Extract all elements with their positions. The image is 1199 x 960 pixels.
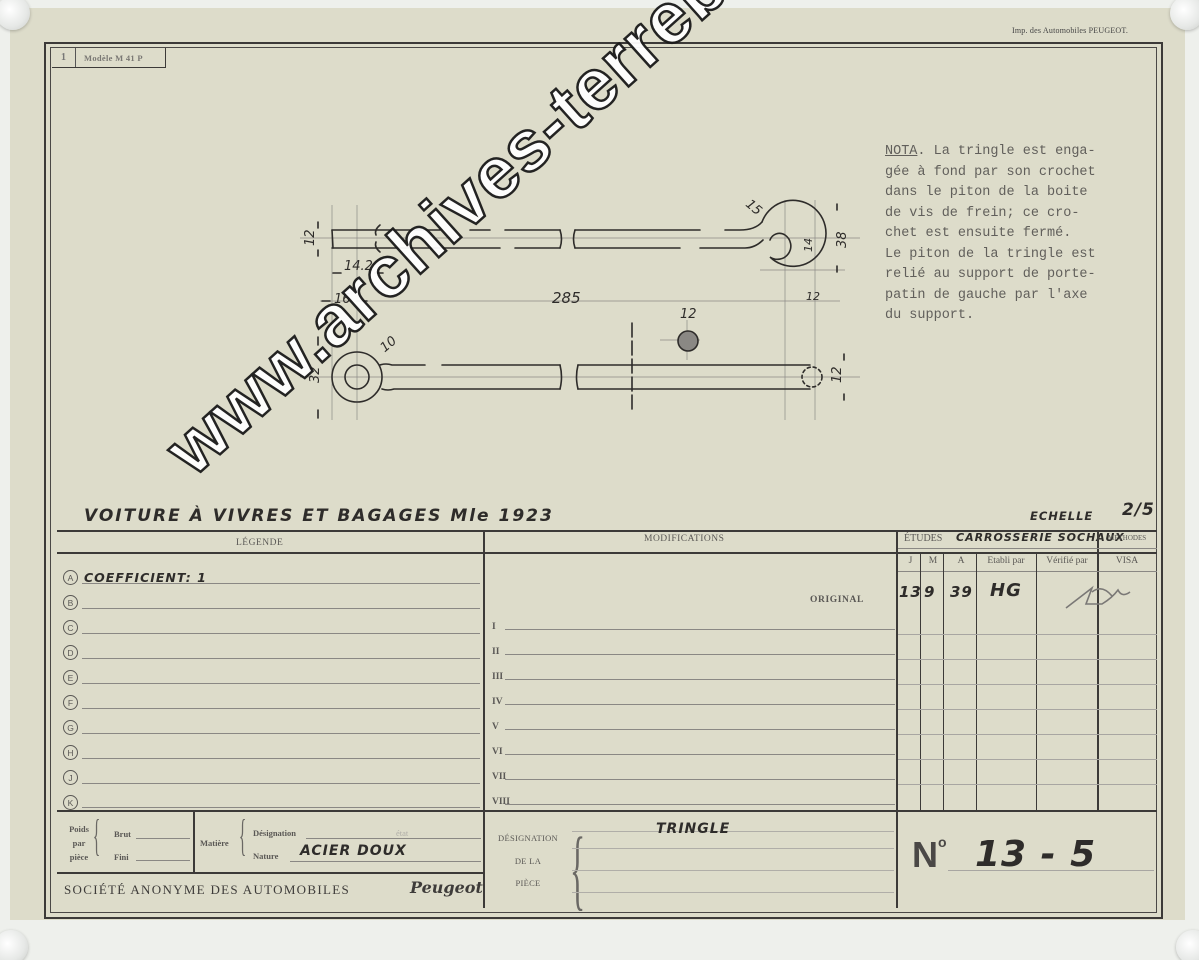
rule-line bbox=[572, 892, 894, 893]
visa-signature-icon bbox=[1062, 578, 1142, 614]
legende-row: B bbox=[63, 590, 481, 615]
rule-line bbox=[505, 704, 895, 705]
department: CARROSSERIE SOCHAUX bbox=[956, 531, 1125, 544]
column-a: A bbox=[948, 556, 974, 566]
model-box: 1 Modèle M 41 P bbox=[52, 48, 166, 68]
designation-label: DE LA bbox=[490, 856, 566, 866]
model-label: Modèle M 41 P bbox=[76, 53, 143, 63]
nota-line: dans le piton de la boite bbox=[885, 183, 1175, 204]
rule-line bbox=[572, 870, 894, 871]
legende-row: ACOEFFICIENT: 1 bbox=[63, 565, 481, 590]
company-name: SOCIÉTÉ ANONYME DES AUTOMOBILES bbox=[64, 882, 350, 898]
divider bbox=[193, 810, 195, 872]
brace: { bbox=[239, 810, 246, 861]
entry-etabli-initials: HG bbox=[990, 580, 1022, 601]
number-n: N bbox=[912, 834, 938, 875]
rule-line bbox=[82, 658, 480, 659]
background-board bbox=[0, 920, 1199, 960]
rule-line bbox=[82, 583, 480, 584]
piece-designation: TRINGLE bbox=[656, 821, 730, 837]
column-etabli: Etabli par bbox=[978, 556, 1034, 566]
etudes-label: ÉTUDES bbox=[904, 533, 942, 544]
rule-line bbox=[898, 659, 1157, 660]
rule-line bbox=[898, 759, 1157, 760]
piece-number: 13 - 5 bbox=[975, 834, 1096, 875]
poids-line: pièce bbox=[62, 850, 96, 864]
printer-imprint: Imp. des Automobiles PEUGEOT. bbox=[1012, 26, 1128, 35]
nota-line: NOTA. La tringle est enga- bbox=[885, 142, 1175, 163]
modification-row: VII bbox=[492, 772, 896, 797]
nota-line: patin de gauche par l'axe bbox=[885, 286, 1175, 307]
legend-letter: F bbox=[63, 695, 78, 710]
original-label: ORIGINAL bbox=[810, 595, 864, 605]
nota-text: NOTA. La tringle est enga- gée à fond pa… bbox=[885, 142, 1175, 327]
legende-row: H bbox=[63, 740, 481, 765]
rule-line bbox=[898, 571, 1157, 572]
divider bbox=[1097, 530, 1099, 810]
divider bbox=[57, 552, 1157, 554]
modification-row: III bbox=[492, 672, 896, 697]
entry-day: 13 bbox=[899, 583, 922, 601]
rule-line bbox=[898, 684, 1157, 685]
nota-line: du support. bbox=[885, 306, 1175, 327]
rule-line bbox=[572, 831, 894, 832]
nature-field bbox=[290, 861, 481, 862]
methodes-label: MÉTHODES bbox=[1108, 534, 1146, 542]
modification-row: VI bbox=[492, 747, 896, 772]
number-o: o bbox=[938, 834, 947, 850]
brut-label: Brut bbox=[114, 827, 131, 841]
modification-row: IV bbox=[492, 697, 896, 722]
rule-line bbox=[82, 683, 480, 684]
legend-letter: J bbox=[63, 770, 78, 785]
nota-line: relié au support de porte- bbox=[885, 265, 1175, 286]
brut-field bbox=[136, 838, 190, 839]
rule-line bbox=[898, 709, 1157, 710]
divider bbox=[57, 872, 483, 874]
legend-letter: E bbox=[63, 670, 78, 685]
fini-field bbox=[136, 860, 190, 861]
legend-letter: K bbox=[63, 795, 78, 810]
vehicle-title: VOITURE À VIVRES ET BAGAGES Mle 1923 bbox=[84, 506, 554, 526]
rule-line bbox=[505, 654, 895, 655]
designation-field bbox=[306, 838, 481, 839]
legende-row: G bbox=[63, 715, 481, 740]
rule-line bbox=[898, 548, 1157, 549]
rule-line bbox=[82, 733, 480, 734]
entry-year: 39 bbox=[950, 583, 973, 601]
designation-label: DÉSIGNATION bbox=[490, 833, 566, 843]
scale-value: 2/5 bbox=[1122, 500, 1155, 520]
rule-line bbox=[505, 779, 895, 780]
rule-line bbox=[82, 807, 480, 808]
legende-header: LÉGENDE bbox=[236, 538, 283, 548]
peugeot-logo: Peugeot bbox=[410, 878, 483, 897]
designation-label: PIÈCE bbox=[490, 878, 566, 888]
legende-row: C bbox=[63, 615, 481, 640]
divider bbox=[1036, 553, 1037, 810]
column-verifie: Vérifié par bbox=[1038, 556, 1096, 566]
rule-line bbox=[572, 848, 894, 849]
rule-line bbox=[82, 633, 480, 634]
matiere-label: Matière bbox=[200, 836, 229, 850]
rule-line bbox=[505, 679, 895, 680]
column-visa: VISA bbox=[1099, 556, 1155, 566]
rule-line bbox=[505, 754, 895, 755]
piece-number-label: No bbox=[912, 834, 947, 876]
divider bbox=[943, 553, 944, 810]
modification-row: I bbox=[492, 622, 896, 647]
rule-line bbox=[898, 734, 1157, 735]
legend-letter: C bbox=[63, 620, 78, 635]
legend-letter: A bbox=[63, 570, 78, 585]
legend-letter: H bbox=[63, 745, 78, 760]
nota-heading: NOTA bbox=[885, 144, 917, 159]
scale-label: ECHELLE bbox=[1030, 509, 1093, 523]
legende-row: D bbox=[63, 640, 481, 665]
nota-line: Le piton de la tringle est bbox=[885, 245, 1175, 266]
rule-line bbox=[82, 758, 480, 759]
nota-line-text: . La tringle est enga- bbox=[917, 144, 1095, 159]
modification-row: V bbox=[492, 722, 896, 747]
rule-line bbox=[82, 608, 480, 609]
modification-row: VIII bbox=[492, 797, 896, 822]
legend-letter: D bbox=[63, 645, 78, 660]
divider bbox=[976, 553, 977, 810]
fini-label: Fini bbox=[114, 850, 129, 864]
legend-letter: G bbox=[63, 720, 78, 735]
nature-label: Nature bbox=[253, 849, 278, 863]
poids-line: par bbox=[62, 836, 96, 850]
rule-line bbox=[505, 729, 895, 730]
rule-line bbox=[82, 708, 480, 709]
legende-row: F bbox=[63, 690, 481, 715]
poids-line: Poids bbox=[62, 822, 96, 836]
legende-row: E bbox=[63, 665, 481, 690]
legend-letter: B bbox=[63, 595, 78, 610]
divider bbox=[483, 530, 485, 908]
column-j: J bbox=[903, 556, 918, 566]
modifications-header: MODIFICATIONS bbox=[644, 534, 724, 544]
rule-line bbox=[82, 783, 480, 784]
nature-value: ACIER DOUX bbox=[300, 843, 407, 859]
legende-row: J bbox=[63, 765, 481, 790]
modification-row: II bbox=[492, 647, 896, 672]
entry-month: 9 bbox=[924, 583, 935, 601]
nota-line: gée à fond par son crochet bbox=[885, 163, 1175, 184]
rule-line bbox=[898, 634, 1157, 635]
nota-line: de vis de frein; ce cro- bbox=[885, 204, 1175, 225]
column-m: M bbox=[924, 556, 942, 566]
brace: { bbox=[93, 810, 100, 861]
poids-label: Poids par pièce bbox=[62, 822, 96, 864]
divider bbox=[896, 530, 898, 908]
rule-line bbox=[898, 784, 1157, 785]
designation-label: Désignation bbox=[253, 826, 296, 840]
sheet-number: 1 bbox=[52, 48, 76, 67]
legende-row: K bbox=[63, 790, 481, 815]
rule-line bbox=[505, 629, 895, 630]
nota-line: chet est ensuite fermé. bbox=[885, 224, 1175, 245]
rule-line bbox=[505, 804, 895, 805]
